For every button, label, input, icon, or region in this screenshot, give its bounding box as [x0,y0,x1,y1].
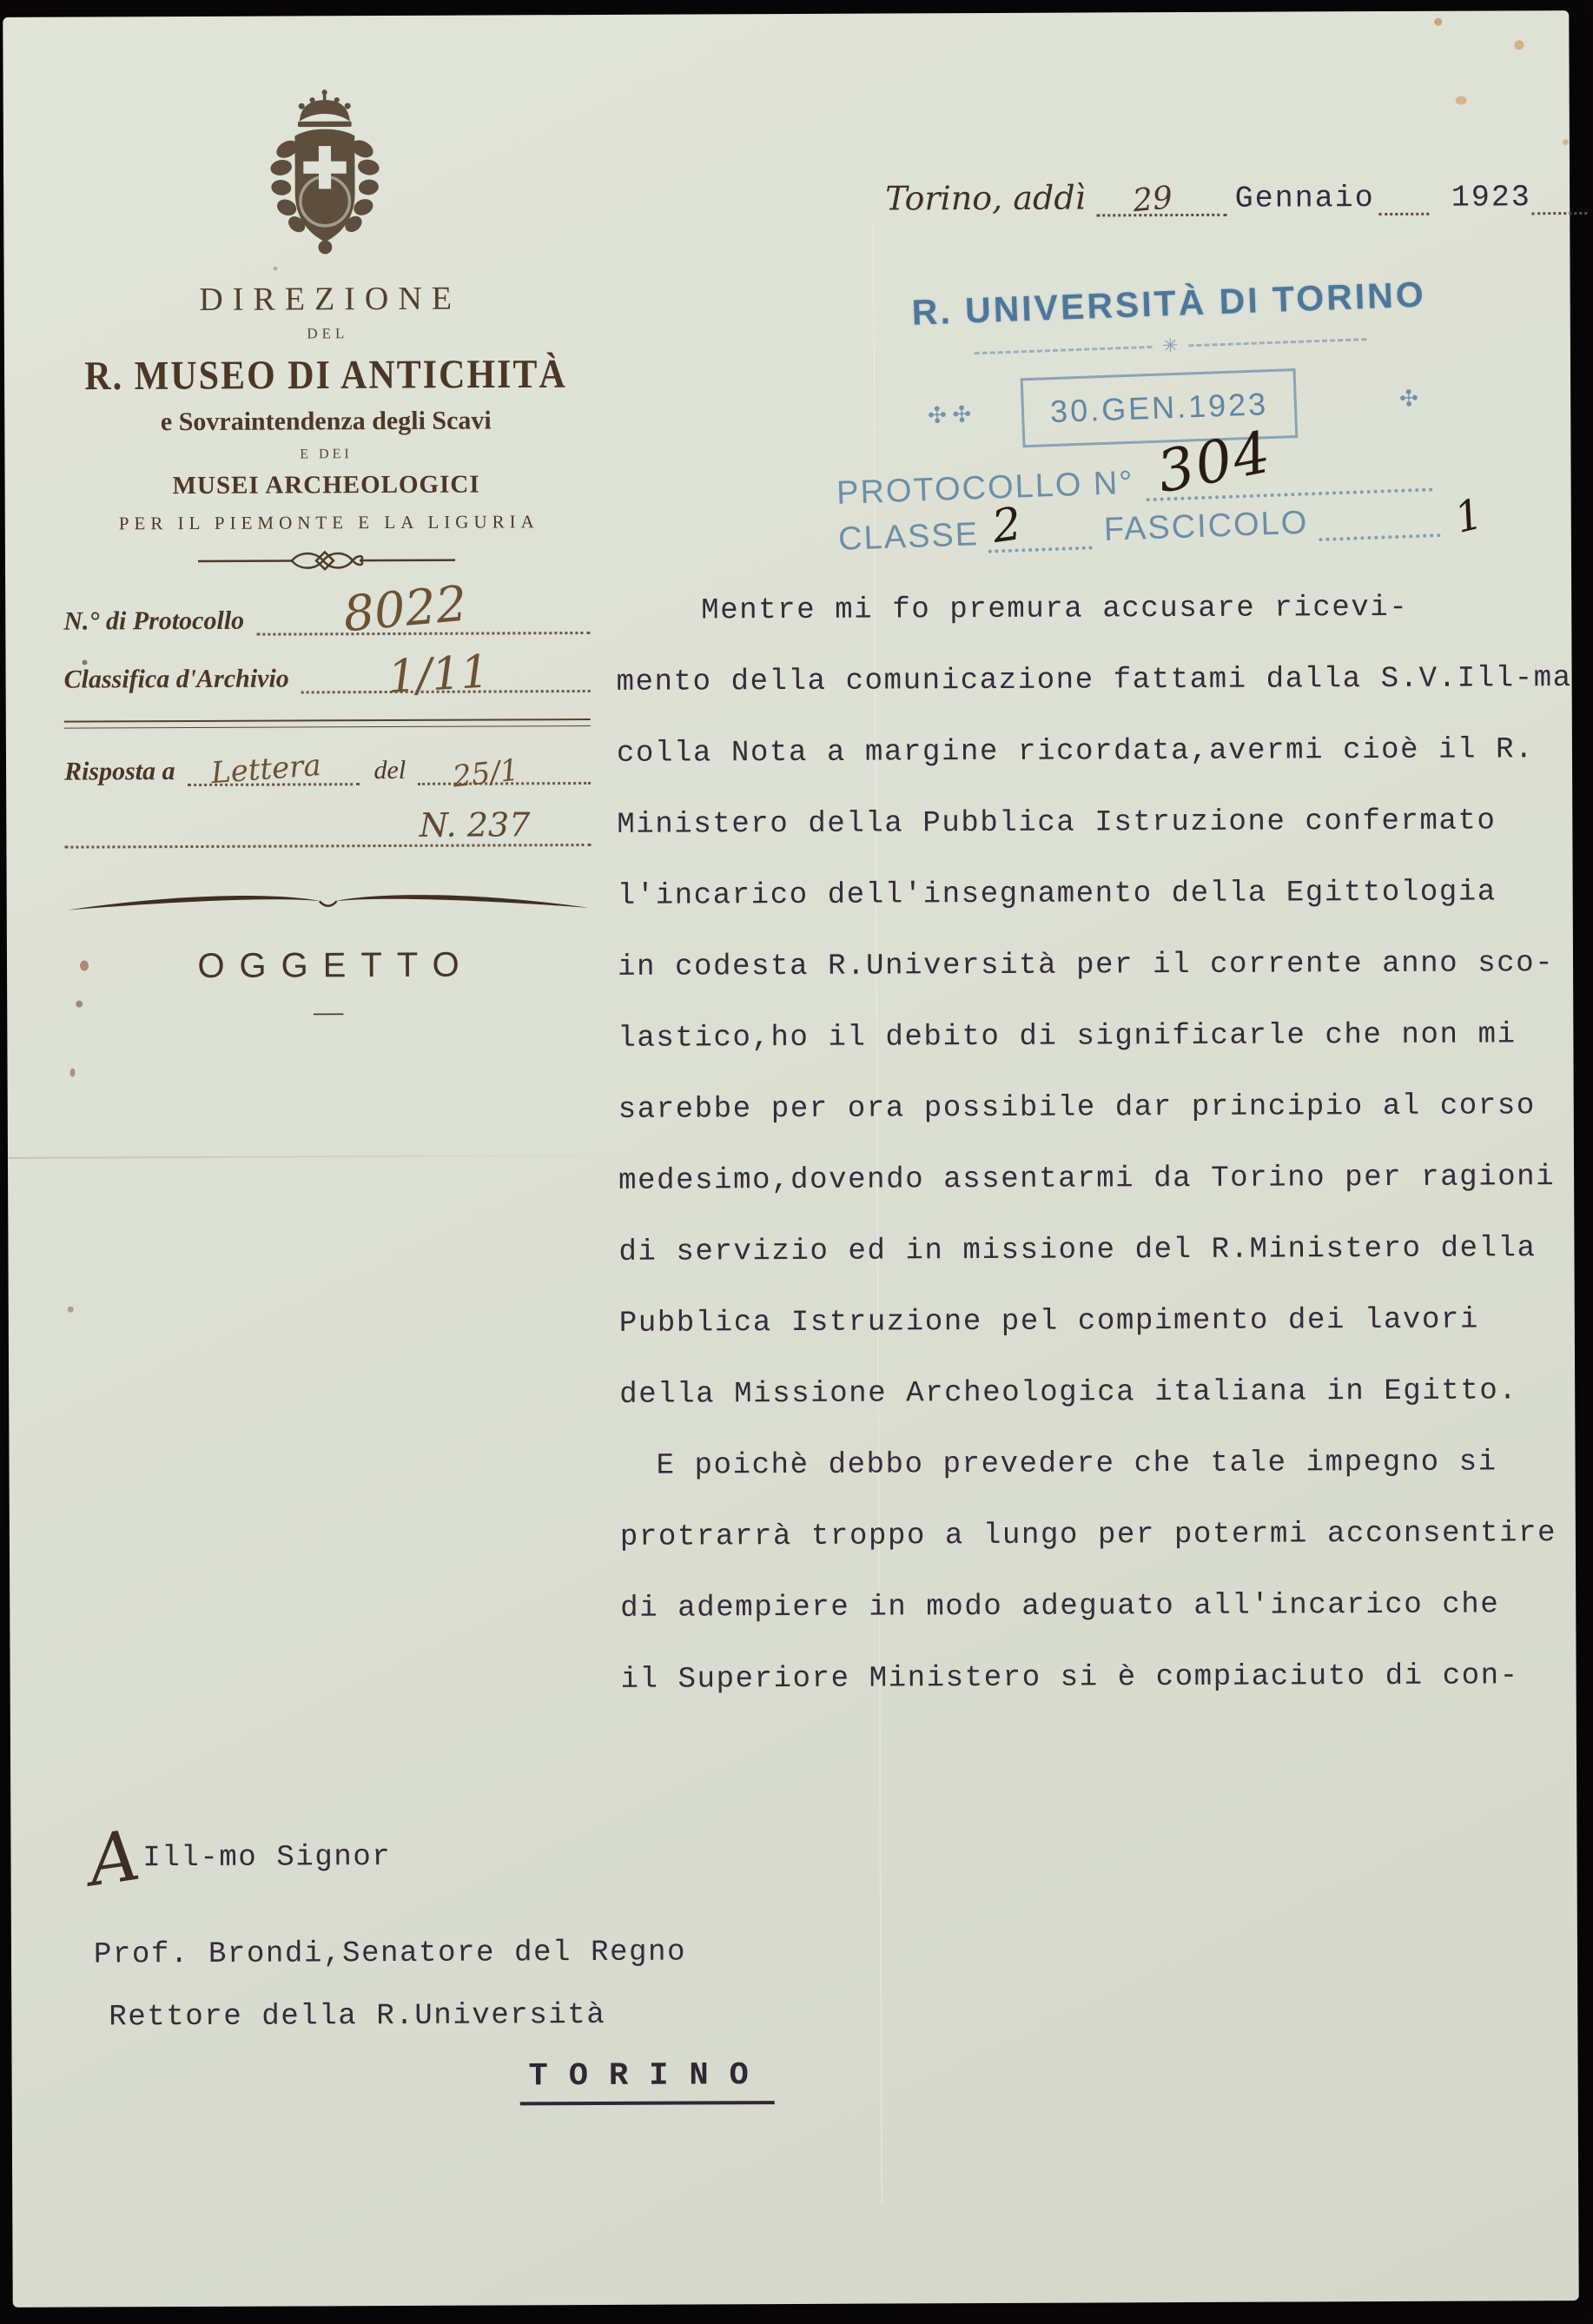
classifica-handwritten-value: 1/11 [387,646,491,705]
letterhead-piemonte-liguria: PER IL PIEMONTE E LA LIGURIA [53,511,600,535]
address-line-2: Prof. Brondi,Senatore del Regno [94,1937,686,1972]
risposta-line: Lettera [187,751,360,786]
address-line-1: Ill-mo Signor [142,1841,391,1875]
dateline-month: Gennaio [1235,181,1375,216]
numero-value: 237 [467,805,531,844]
protocollo-handwritten-value: 8022 [340,576,469,644]
stamp-divider-line [974,345,1152,354]
classifica-label: Classifica d'Archivio [64,665,289,695]
body-line: Pubblica Istruzione pel compimento dei l… [619,1284,1593,1360]
stamp-fascicolo-line [1319,504,1441,541]
letterhead-del: DEL [52,324,599,344]
rust-stain [1563,139,1569,145]
address-line-3: Rettore della R.Università [109,1999,605,2034]
risposta-label: Risposta a [64,757,175,787]
oggetto-heading: OGGETTO [55,945,602,987]
letterhead-direzione: DIREZIONE [52,279,599,320]
photo-background: DIREZIONE DEL R. MUSEO DI ANTICHITÀ e So… [0,0,1593,2324]
protocollo-line: 8022 [256,599,590,636]
stamp-fascicolo-handwritten: 1 [1451,489,1490,543]
numero-handwritten-value: N. 237 [420,805,531,844]
dateline-city-prefix: Torino, addì [885,179,1086,218]
body-line: di adempiere in modo adeguato all'incari… [620,1569,1593,1645]
address-salutation: A Ill-mo Signor [89,1823,391,1894]
protocollo-label: N.° di Protocollo [63,606,244,637]
body-line: protrarrà troppo a lungo per potermi acc… [620,1498,1593,1573]
dateline-dots [1378,176,1429,215]
fold-crease-horizontal [8,1155,633,1159]
body-line: in codesta R.Università per il corrente … [618,928,1593,1003]
asterisk-ornament-icon: ✳ [1162,334,1179,358]
classifica-line: 1/11 [301,657,591,693]
stamp-divider-line [1189,338,1367,347]
rust-stain [1456,96,1467,105]
body-line: l'incarico dell'insegnamento della Egitt… [618,857,1593,932]
del-handwritten-value: 25/1 [451,752,520,794]
savoy-coat-of-arms-icon [260,82,391,272]
body-line: di servizio ed in missione del R.Ministe… [618,1213,1593,1288]
dateline-day-line: 29 [1096,177,1226,217]
rust-stain [70,1069,76,1077]
stamp-protocollo-label: PROTOCOLLO N° [836,465,1135,513]
dateline-dots [1531,175,1587,215]
rust-stain [1514,40,1524,50]
body-line: Ministero della Pubblica Istruzione conf… [617,785,1593,861]
del-label: del [373,756,406,785]
letterhead: DIREZIONE DEL R. MUSEO DI ANTICHITÀ e So… [51,67,603,1030]
letterhead-sovraintendenza: e Sovraintendenza degli Scavi [52,406,599,438]
body-line: mento della comunicazione fattami dalla … [616,643,1593,718]
risposta-handwritten-value: Lettera [210,748,322,791]
letter-body: Mentre mi fo premura accusare ricevi- me… [616,572,1593,1716]
dateline-year: 1923 [1451,180,1531,215]
stamp-cross-ornament-icon: ✣ ✣ [928,403,972,428]
numero-row: N. 237 [64,811,591,849]
numero-label: N. [420,806,457,844]
letter-paper: DIREZIONE DEL R. MUSEO DI ANTICHITÀ e So… [3,10,1578,2307]
del-line: 25/1 [418,751,591,785]
salutation-handwritten-initial: A [84,1821,144,1897]
risposta-row: Risposta a Lettera del 25/1 [64,751,591,787]
university-registry-stamp: R. UNIVERSITÀ DI TORINO ✳ ✣ ✣ 30.GEN.192… [830,271,1516,559]
body-line: lastico,ho il debito di significarle che… [618,999,1593,1075]
stamp-classe-label: CLASSE [837,516,979,559]
stamp-fascicolo-label: FASCICOLO [1103,505,1309,549]
body-line: medesimo,dovendo assentarmi da Torino pe… [618,1142,1593,1217]
stamp-cross-ornament-icon: ✣ [1399,387,1419,411]
protocol-fields: N.° di Protocollo 8022 Classifica d'Arch… [53,599,601,849]
double-rule-divider [64,718,591,729]
body-line: il Superiore Ministero si è compiaciuto … [620,1640,1593,1716]
body-line: Mentre mi fo premura accusare ricevi- [616,572,1593,647]
knot-ornament-icon [196,546,457,576]
address-city-underlined: TORINO [520,2057,775,2105]
letterhead-musei-archeologici: MUSEI ARCHEOLOGICI [53,470,600,501]
body-line: sarebbe per ora possibile dar principio … [618,1070,1593,1146]
numero-line: N. 237 [64,811,591,849]
oggetto-dash: — [55,995,602,1030]
body-line: colla Nota a margine ricordata,avermi ci… [617,714,1593,790]
letterhead-museo-title: R. MUSEO DI ANTICHITÀ [52,351,599,401]
letterhead-e-dei: E DEI [52,446,599,464]
dateline: Torino, addì 29 Gennaio 1923 [885,175,1587,218]
body-line: della Missione Archeologica italiana in … [619,1355,1593,1431]
stamp-classe-handwritten: 2 [989,498,1027,553]
rust-stain [1434,18,1442,26]
swash-ornament-icon [63,888,594,915]
rust-stain [68,1307,74,1313]
dateline-day-handwritten: 29 [1131,180,1173,219]
protocollo-row: N.° di Protocollo 8022 [63,599,590,637]
body-line: E poichè debbo prevedere che tale impegn… [619,1427,1593,1502]
classifica-row: Classifica d'Archivio 1/11 [63,657,590,695]
